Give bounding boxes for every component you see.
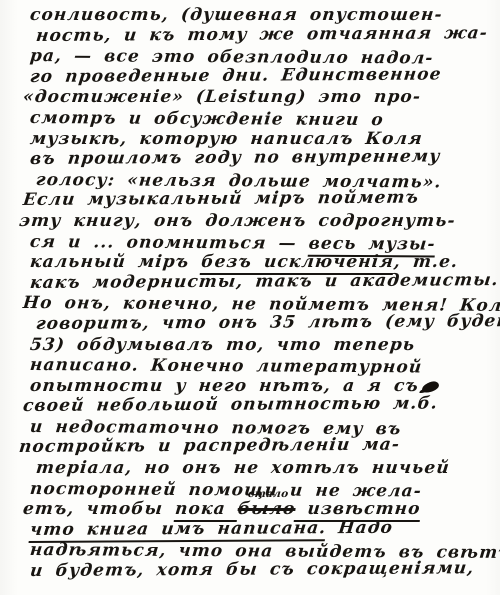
handwriting-segment: теріала, но онъ не хотѣлъ ничьей <box>35 458 451 478</box>
manuscript-line: что книга имъ написана. Надо <box>29 517 496 540</box>
manuscript-line: и будетъ, хотя бы съ сокращеніями, <box>29 558 496 581</box>
manuscript-lines: сонливость, (душевная опустошен-ность, и… <box>30 5 494 582</box>
handwriting-segment: Если музыкальный міръ пойметъ <box>22 188 420 210</box>
interlinear-insertion: стало <box>247 489 289 499</box>
handwriting-segment: смотръ и обсужденіе книги о <box>29 108 385 130</box>
manuscript-line: какъ модернисты, такъ и академисты. <box>29 270 496 293</box>
manuscript-line: «достиженіе» (Leistung) это про- <box>22 87 495 108</box>
manuscript-line: Если музыкальный міръ пойметъ <box>22 187 496 210</box>
handwriting-segment: етъ, чтобы <box>22 499 176 519</box>
handwriting-segment: своей небольшой опытностью м.б. <box>22 394 439 417</box>
handwriting-segment: ся и ... опомниться — <box>29 232 310 254</box>
handwriting-segment: 53) обдумывалъ то, что теперь <box>29 335 416 355</box>
handwriting-segment: написано. Конечно литературной <box>29 355 423 377</box>
manuscript-line: въ прошломъ году по внутреннему <box>29 146 496 169</box>
handwriting-segment: опытности у него нѣтъ, а я съ <box>29 376 420 396</box>
handwriting-segment: посторонней помощи и не жела- <box>29 479 423 501</box>
manuscript-line: эту книгу, онъ долженъ содрогнуть- <box>18 211 495 232</box>
handwriting-segment: говоритъ, что онъ 35 лѣтъ (ему будетъ <box>35 311 500 334</box>
handwriting-segment: и будетъ, хотя бы съ сокращеніями, <box>29 558 476 581</box>
manuscript-line: написано. Конечно литературной <box>29 355 495 378</box>
handwriting-segment: Надо <box>325 518 394 538</box>
handwriting-segment: музыкѣ, которую написалъ Коля <box>29 129 424 149</box>
manuscript-line: го проведенные дни. Единственное <box>29 64 496 87</box>
manuscript-line: теріала, но онъ не хотѣлъ ничьей <box>35 458 495 479</box>
manuscript-line: ность, и къ тому же отчаянная жа- <box>35 23 496 46</box>
handwriting-segment: ность, и къ тому же отчаянная жа- <box>35 23 489 46</box>
manuscript-line: смотръ и обсужденіе книги о <box>29 108 495 131</box>
handwriting-segment: что книга имъ написана. <box>29 518 328 543</box>
handwriting-segment: кальный міръ <box>29 252 202 272</box>
manuscript-line: сонливость, (душевная опустошен- <box>29 5 495 26</box>
handwriting-segment: былостало <box>237 499 297 519</box>
handwriting-segment: сонливость, (душевная опустошен- <box>29 5 444 25</box>
handwriting-segment: въ прошломъ году по внутреннему <box>29 147 442 170</box>
handwriting-segment: го проведенные дни. Единственное <box>29 64 443 87</box>
manuscript-line: своей небольшой опытностью м.б. <box>22 393 496 416</box>
manuscript-page: сонливость, (душевная опустошен-ность, и… <box>0 0 500 595</box>
handwriting-segment: какъ модернисты, такъ и академисты. <box>29 270 500 293</box>
handwriting-segment: эту книгу, онъ долженъ содрогнуть- <box>18 211 457 231</box>
handwriting-segment: постройкѣ и распредѣленіи ма- <box>18 435 401 457</box>
manuscript-line: говоритъ, что онъ 35 лѣтъ (ему будетъ <box>35 311 496 334</box>
manuscript-line: 53) обдумывалъ то, что теперь <box>29 335 495 356</box>
handwriting-segment: , т.е. <box>393 252 459 272</box>
manuscript-line: постройкѣ и распредѣленіи ма- <box>18 435 496 458</box>
ink-blot <box>421 379 439 393</box>
handwriting-segment: «достиженіе» (Leistung) это про- <box>22 87 422 107</box>
